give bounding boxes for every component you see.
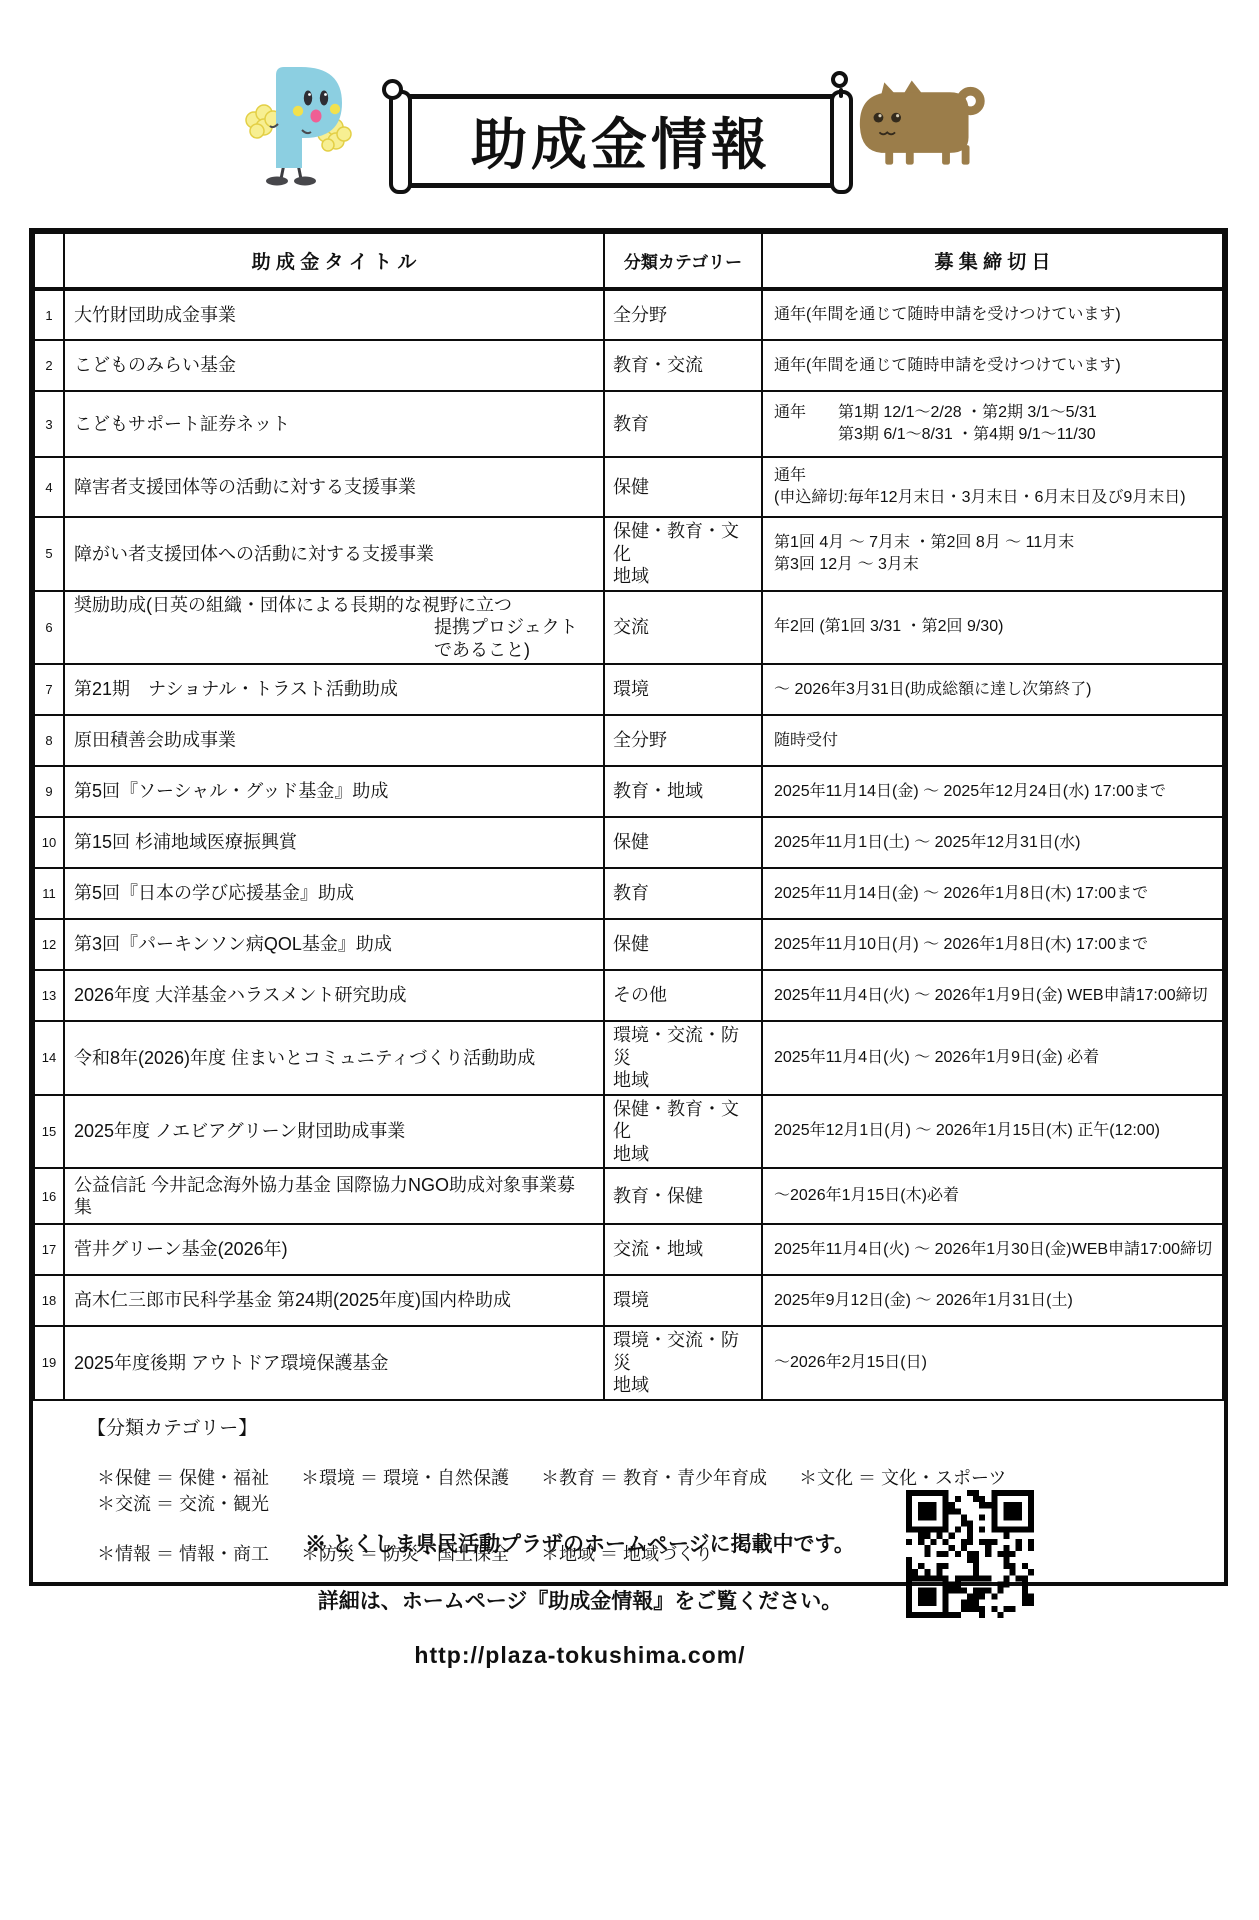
grant-title: 高木仁三郎市民科学基金 第24期(2025年度)国内枠助成 — [64, 1275, 604, 1326]
grant-title: 第21期 ナショナル・トラスト活動助成 — [64, 664, 604, 715]
scroll-banner: 助成金情報 — [398, 94, 844, 188]
header: 助成金情報 — [0, 0, 1259, 200]
table-row: 3 こどもサポート証券ネット 教育 通年 第1期 12/1～2/28 ・第2期 … — [34, 391, 1223, 457]
table-row: 10 第15回 杉浦地域医療振興賞 保健 2025年11月1日(土) ～ 202… — [34, 817, 1223, 868]
row-number: 14 — [34, 1021, 64, 1095]
grant-category: 教育・保健 — [604, 1168, 762, 1224]
table-row: 18 高木仁三郎市民科学基金 第24期(2025年度)国内枠助成 環境 2025… — [34, 1275, 1223, 1326]
footer: ※ とくしま県民活動プラザのホームページに掲載中です。 詳細は、ホームページ『助… — [140, 1528, 1020, 1669]
grant-deadline: 随時受付 — [762, 715, 1223, 766]
footer-note-1: ※ とくしま県民活動プラザのホームページに掲載中です。 — [140, 1528, 1020, 1558]
grant-title: 障がい者支援団体への活動に対する支援事業 — [64, 517, 604, 591]
grant-title: 2025年度 ノエビアグリーン財団助成事業 — [64, 1095, 604, 1169]
grant-title: 2026年度 大洋基金ハラスメント研究助成 — [64, 970, 604, 1021]
grant-title: 菅井グリーン基金(2026年) — [64, 1224, 604, 1275]
grant-category: その他 — [604, 970, 762, 1021]
row-number: 1 — [34, 289, 64, 340]
grant-category: 教育 — [604, 868, 762, 919]
grant-deadline: 2025年11月4日(火) ～ 2026年1月9日(金) WEB申請17:00締… — [762, 970, 1223, 1021]
grant-deadline: 2025年12月1日(月) ～ 2026年1月15日(木) 正午(12:00) — [762, 1095, 1223, 1169]
legend-row-1: ＊保健 ＝ 保健・福祉 ＊環境 ＝ 環境・自然保護 ＊教育 ＝ 教育・青少年育成… — [57, 1464, 1210, 1516]
grant-category: 交流・地域 — [604, 1224, 762, 1275]
grant-deadline: 2025年11月14日(金) ～ 2025年12月24日(水) 17:00まで — [762, 766, 1223, 817]
grant-category: 環境 — [604, 664, 762, 715]
grant-title: 第15回 杉浦地域医療振興賞 — [64, 817, 604, 868]
table-row: 6 奨励助成(日英の組織・団体による長期的な視野に立つ 提携プロジェクトであるこ… — [34, 591, 1223, 665]
row-number: 19 — [34, 1326, 64, 1400]
table-row: 2 こどものみらい基金 教育・交流 通年(年間を通じて随時申請を受けつけています… — [34, 340, 1223, 391]
qr-code-icon — [906, 1490, 1034, 1618]
grant-category: 保健 — [604, 457, 762, 517]
grant-title: 障害者支援団体等の活動に対する支援事業 — [64, 457, 604, 517]
grant-deadline: 2025年11月4日(火) ～ 2026年1月30日(金)WEB申請17:00締… — [762, 1224, 1223, 1275]
row-number: 5 — [34, 517, 64, 591]
scroll-curl-icon — [382, 79, 403, 100]
table-row: 7 第21期 ナショナル・トラスト活動助成 環境 ～ 2026年3月31日(助成… — [34, 664, 1223, 715]
row-number: 6 — [34, 591, 64, 665]
page-title: 助成金情報 — [403, 99, 839, 183]
table-row: 12 第3回『パーキンソン病QOL基金』助成 保健 2025年11月10日(月)… — [34, 919, 1223, 970]
grant-category: 全分野 — [604, 715, 762, 766]
grant-category: 教育・交流 — [604, 340, 762, 391]
grant-title: こどものみらい基金 — [64, 340, 604, 391]
legend-item: ＊教育 ＝ 教育・青少年育成 — [541, 1464, 767, 1490]
table-row: 15 2025年度 ノエビアグリーン財団助成事業 保健・教育・文化 地域 202… — [34, 1095, 1223, 1169]
grant-deadline: 通年 第1期 12/1～2/28 ・第2期 3/1～5/31 第3期 6/1～8… — [762, 391, 1223, 457]
grant-deadline: 通年(年間を通じて随時申請を受けつけています) — [762, 340, 1223, 391]
grant-deadline: 2025年11月10日(月) ～ 2026年1月8日(木) 17:00まで — [762, 919, 1223, 970]
row-number: 16 — [34, 1168, 64, 1224]
row-number: 11 — [34, 868, 64, 919]
grant-category: 全分野 — [604, 289, 762, 340]
grant-deadline: ～2026年2月15日(日) — [762, 1326, 1223, 1400]
table-row: 11 第5回『日本の学び応援基金』助成 教育 2025年11月14日(金) ～ … — [34, 868, 1223, 919]
grant-title: 第3回『パーキンソン病QOL基金』助成 — [64, 919, 604, 970]
row-number: 18 — [34, 1275, 64, 1326]
grant-category: 環境・交流・防災 地域 — [604, 1021, 762, 1095]
grant-title: 令和8年(2026)年度 住まいとコミュニティづくり活動助成 — [64, 1021, 604, 1095]
col-header-title: 助 成 金 タ イ ト ル — [64, 233, 604, 289]
grant-category: 環境・交流・防災 地域 — [604, 1326, 762, 1400]
grant-category: 教育 — [604, 391, 762, 457]
table-row: 19 2025年度後期 アウトドア環境保護基金 環境・交流・防災 地域 ～202… — [34, 1326, 1223, 1400]
row-number: 8 — [34, 715, 64, 766]
grant-table: 助 成 金 タ イ ト ル 分類カテゴリー 募 集 締 切 日 1 大竹財団助成… — [33, 232, 1224, 1401]
grant-title: 原田積善会助成事業 — [64, 715, 604, 766]
row-number: 12 — [34, 919, 64, 970]
grant-deadline: ～ 2026年3月31日(助成総額に達し次第終了) — [762, 664, 1223, 715]
grant-deadline: 年2回 (第1回 3/31 ・第2回 9/30) — [762, 591, 1223, 665]
grant-category: 保健・教育・文化 地域 — [604, 517, 762, 591]
row-number: 13 — [34, 970, 64, 1021]
legend-item: ＊交流 ＝ 交流・観光 — [97, 1490, 269, 1516]
table-row: 17 菅井グリーン基金(2026年) 交流・地域 2025年11月4日(火) ～… — [34, 1224, 1223, 1275]
legend-item: ＊文化 ＝ 文化・スポーツ — [799, 1464, 1006, 1490]
table-row: 5 障がい者支援団体への活動に対する支援事業 保健・教育・文化 地域 第1回 4… — [34, 517, 1223, 591]
row-number: 4 — [34, 457, 64, 517]
col-header-category: 分類カテゴリー — [604, 233, 762, 289]
grant-category: 保健・教育・文化 地域 — [604, 1095, 762, 1169]
legend-title: 【分類カテゴリー】 — [57, 1413, 1210, 1440]
grant-title: 大竹財団助成金事業 — [64, 289, 604, 340]
table-row: 13 2026年度 大洋基金ハラスメント研究助成 その他 2025年11月4日(… — [34, 970, 1223, 1021]
table-header-row: 助 成 金 タ イ ト ル 分類カテゴリー 募 集 締 切 日 — [34, 233, 1223, 289]
col-header-deadline: 募 集 締 切 日 — [762, 233, 1223, 289]
row-number: 3 — [34, 391, 64, 457]
legend-item: ＊環境 ＝ 環境・自然保護 — [301, 1464, 509, 1490]
grant-title: 第5回『日本の学び応援基金』助成 — [64, 868, 604, 919]
p-mascot-icon — [238, 60, 358, 188]
row-number: 15 — [34, 1095, 64, 1169]
grant-category: 保健 — [604, 919, 762, 970]
col-header-number — [34, 233, 64, 289]
table-row: 1 大竹財団助成金事業 全分野 通年(年間を通じて随時申請を受けつけています) — [34, 289, 1223, 340]
grant-deadline: 通年(年間を通じて随時申請を受けつけています) — [762, 289, 1223, 340]
row-number: 7 — [34, 664, 64, 715]
grant-deadline: 2025年11月1日(土) ～ 2025年12月31日(水) — [762, 817, 1223, 868]
table-row: 14 令和8年(2026)年度 住まいとコミュニティづくり活動助成 環境・交流・… — [34, 1021, 1223, 1095]
row-number: 17 — [34, 1224, 64, 1275]
row-number: 2 — [34, 340, 64, 391]
table-row: 8 原田積善会助成事業 全分野 随時受付 — [34, 715, 1223, 766]
grant-category: 保健 — [604, 817, 762, 868]
grant-category: 環境 — [604, 1275, 762, 1326]
scroll-pin-icon — [831, 71, 848, 88]
grant-title: 公益信託 今井記念海外協力基金 国際協力NGO助成対象事業募 集 — [64, 1168, 604, 1224]
grant-category: 教育・地域 — [604, 766, 762, 817]
grant-deadline: ～2026年1月15日(木)必着 — [762, 1168, 1223, 1224]
row-number: 10 — [34, 817, 64, 868]
grant-table-box: 助 成 金 タ イ ト ル 分類カテゴリー 募 集 締 切 日 1 大竹財団助成… — [29, 228, 1228, 1586]
grant-deadline: 2025年11月4日(火) ～ 2026年1月9日(金) 必着 — [762, 1021, 1223, 1095]
grant-deadline: 2025年11月14日(金) ～ 2026年1月8日(木) 17:00まで — [762, 868, 1223, 919]
legend-item: ＊保健 ＝ 保健・福祉 — [97, 1464, 269, 1490]
row-number: 9 — [34, 766, 64, 817]
table-row: 9 第5回『ソーシャル・グッド基金』助成 教育・地域 2025年11月14日(金… — [34, 766, 1223, 817]
grant-title: 2025年度後期 アウトドア環境保護基金 — [64, 1326, 604, 1400]
footer-note-2: 詳細は、ホームページ『助成金情報』をご覧ください。 — [140, 1585, 1020, 1615]
grant-title: 第5回『ソーシャル・グッド基金』助成 — [64, 766, 604, 817]
grant-title: 奨励助成(日英の組織・団体による長期的な視野に立つ 提携プロジェクトであること) — [64, 591, 604, 665]
grant-deadline: 第1回 4月 ～ 7月末 ・第2回 8月 ～ 11月末 第3回 12月 ～ 3月… — [762, 517, 1223, 591]
grant-deadline: 2025年9月12日(金) ～ 2026年1月31日(土) — [762, 1275, 1223, 1326]
table-row: 16 公益信託 今井記念海外協力基金 国際協力NGO助成対象事業募 集 教育・保… — [34, 1168, 1223, 1224]
table-row: 4 障害者支援団体等の活動に対する支援事業 保健 通年 (申込締切:毎年12月末… — [34, 457, 1223, 517]
flyer-page: 助成金情報 助 成 金 タ イ ト — [0, 0, 1259, 1920]
dog-mascot-icon — [852, 78, 994, 173]
grant-category: 交流 — [604, 591, 762, 665]
website-url: http://plaza-tokushima.com/ — [140, 1642, 1020, 1669]
grant-title: こどもサポート証券ネット — [64, 391, 604, 457]
grant-deadline: 通年 (申込締切:毎年12月末日・3月末日・6月末日及び9月末日) — [762, 457, 1223, 517]
